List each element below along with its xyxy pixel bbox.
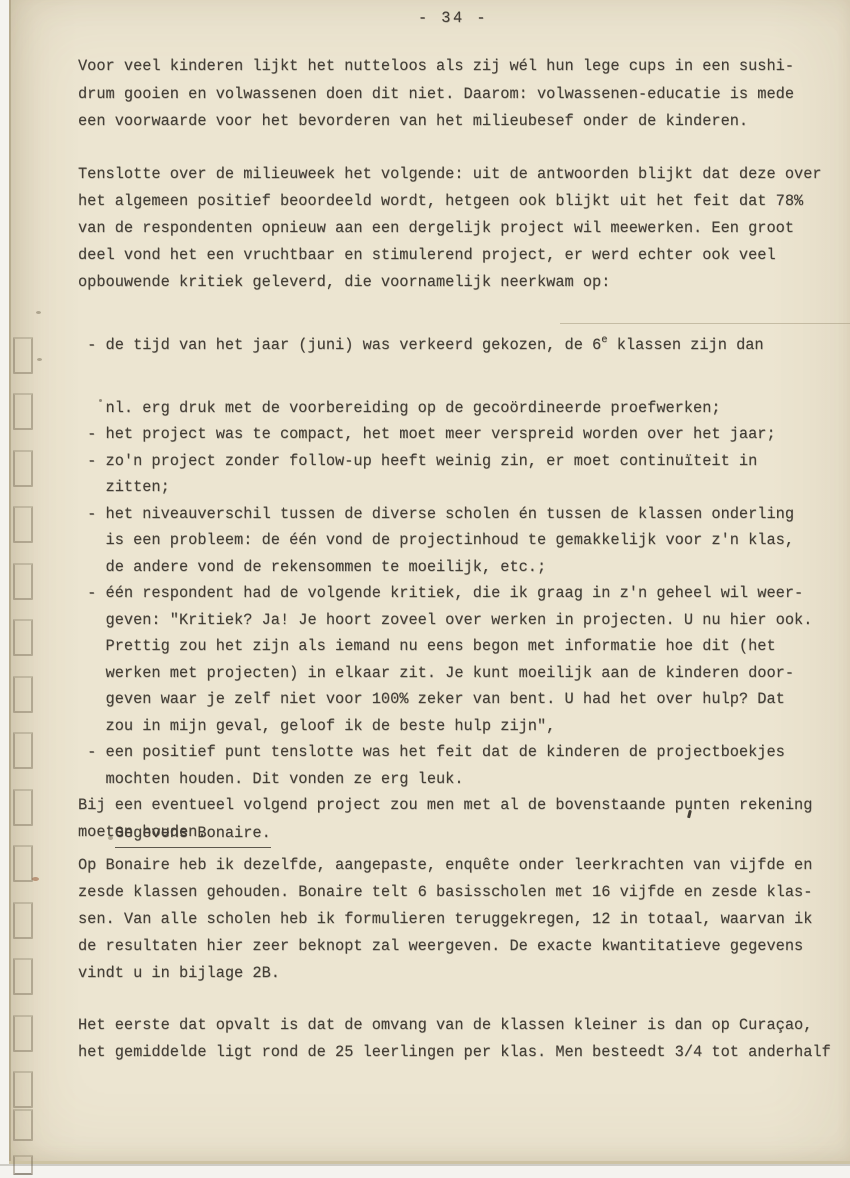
- text-line: Prettig zou het zijn als iemand nu eens …: [78, 633, 812, 660]
- text-line: drum gooien en volwassenen doen dit niet…: [78, 81, 794, 109]
- binding-hole: [13, 563, 33, 600]
- binding-hole: [13, 789, 33, 826]
- document-page: - 34 - Voor veel kinderen lijkt het nutt…: [0, 0, 850, 1178]
- paragraph-klassen: Het eerste dat opvalt is dat de omvang v…: [78, 1012, 831, 1066]
- page-number: - 34 -: [405, 6, 501, 30]
- ink-speck: [37, 358, 42, 361]
- binding-hole: [13, 1109, 33, 1141]
- bullet-text-pre: - de tijd van het jaar (juni) was verkee…: [78, 336, 601, 354]
- text-line: het gemiddelde ligt rond de 25 leerlinge…: [78, 1039, 831, 1066]
- binding-hole: [13, 393, 33, 430]
- text-line: - het project was te compact, het moet m…: [78, 421, 812, 448]
- text-line: opbouwende kritiek geleverd, die voornam…: [78, 269, 822, 296]
- paper-left-edge: [9, 0, 11, 1163]
- text-line: zou in mijn geval, geloof ik de beste hu…: [78, 713, 812, 740]
- binding-hole: [13, 732, 33, 769]
- text-line: - zo'n project zonder follow-up heeft we…: [78, 448, 812, 475]
- superscript-e: e: [601, 334, 607, 346]
- text-line: deel vond het een vruchtbaar en stimuler…: [78, 242, 822, 269]
- binding-hole: [13, 450, 33, 487]
- binding-hole: [13, 506, 33, 543]
- binding-hole: [13, 619, 33, 656]
- text-line-superscript: - de tijd van het jaar (juni) was verkee…: [78, 332, 812, 359]
- text-line: - een positief punt tenslotte was het fe…: [78, 739, 812, 766]
- text-line: nl. erg druk met de voorbereiding op de …: [78, 395, 812, 422]
- text-line: sen. Van alle scholen heb ik formulieren…: [78, 906, 812, 933]
- text-line: mochten houden. Dit vonden ze erg leuk.: [78, 766, 812, 793]
- binding-hole: [13, 1071, 33, 1108]
- paragraph-bonaire: Op Bonaire heb ik dezelfde, aangepaste, …: [78, 852, 812, 987]
- text-line: het algemeen positief beoordeeld wordt, …: [78, 188, 822, 215]
- text-line: Het eerste dat opvalt is dat de omvang v…: [78, 1012, 831, 1039]
- binding-hole: [13, 845, 33, 882]
- text-line: Tenslotte over de milieuweek het volgend…: [78, 161, 822, 188]
- bullet-text-post: klassen zijn dan: [608, 336, 764, 354]
- text-line: zitten;: [78, 474, 812, 501]
- binding-hole: [13, 676, 33, 713]
- paragraph-milieuweek: Tenslotte over de milieuweek het volgend…: [78, 161, 822, 296]
- section-heading-label: Gegevens Bonaire.: [115, 821, 271, 848]
- binding-hole: [13, 1015, 33, 1052]
- text-line: vindt u in bijlage 2B.: [78, 960, 812, 987]
- text-line: is een probleem: de één vond de projecti…: [78, 527, 812, 554]
- scan-shadow: [0, 1164, 850, 1166]
- text-line: geven: "Kritiek? Ja! Je hoort zoveel ove…: [78, 607, 812, 634]
- text-line: van de respondenten opnieuw aan een derg…: [78, 215, 822, 242]
- text-line: - het niveauverschil tussen de diverse s…: [78, 501, 812, 528]
- paragraph-intro: Voor veel kinderen lijkt het nutteloos a…: [78, 53, 794, 136]
- text-line: de andere vond de rekensommen te moeilij…: [78, 554, 812, 581]
- binding-hole: [13, 902, 33, 939]
- binding-hole: [13, 337, 33, 374]
- text-line: de resultaten hier zeer beknopt zal weer…: [78, 933, 812, 960]
- text-line: Op Bonaire heb ik dezelfde, aangepaste, …: [78, 852, 812, 879]
- text-line: - één respondent had de volgende kritiek…: [78, 580, 812, 607]
- binding-hole: [13, 958, 33, 995]
- text-line: werken met projecten) in elkaar zit. Je …: [78, 660, 812, 687]
- critique-list: - de tijd van het jaar (juni) was verkee…: [78, 296, 812, 881]
- critique-list-lines: nl. erg druk met de voorbereiding op de …: [78, 395, 812, 846]
- rust-speck: [32, 877, 39, 881]
- text-line: Voor veel kinderen lijkt het nutteloos a…: [78, 53, 794, 81]
- text-line: zesde klassen gehouden. Bonaire telt 6 b…: [78, 879, 812, 906]
- ink-speck: [36, 311, 41, 314]
- binding-hole: [13, 1155, 33, 1175]
- text-line: geven waar je zelf niet voor 100% zeker …: [78, 686, 812, 713]
- text-line: een voorwaarde voor het bevorderen van h…: [78, 108, 794, 136]
